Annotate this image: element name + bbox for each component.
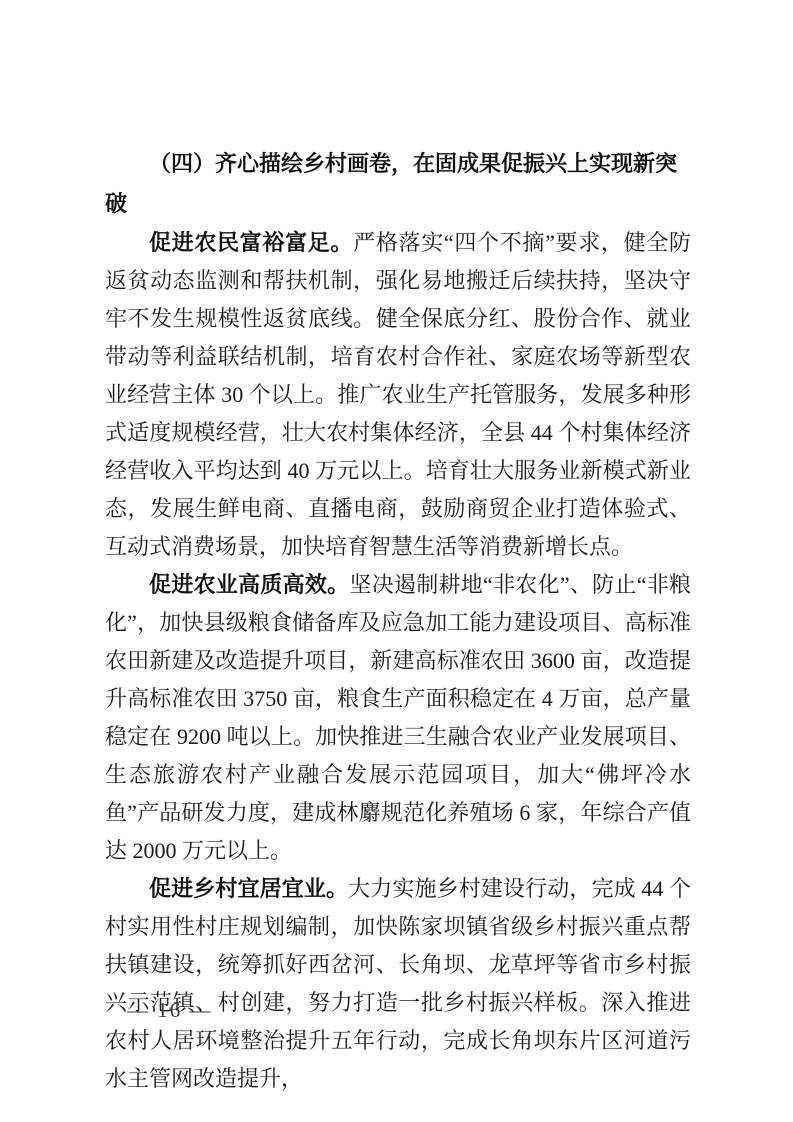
document-body: （四）齐心描绘乡村画卷，在固成果促振兴上实现新突破 促进农民富裕富足。严格落实“… <box>105 144 691 1098</box>
paragraph-rural-prosperity: 促进农民富裕富足。严格落实“四个不摘”要求，健全防返贫动态监测和帮扶机制，强化易… <box>105 224 691 566</box>
paragraph-text: 坚决遏制耕地“非农化”、防止“非粮化”，加快县级粮食储备库及应急加工能力建设项目… <box>105 572 691 863</box>
paragraph-agriculture-quality: 促进农业高质高效。坚决遏制耕地“非农化”、防止“非粮化”，加快县级粮食储备库及应… <box>105 566 691 870</box>
paragraph-lead: 促进农业高质高效。 <box>149 572 349 597</box>
paragraph-text: 大力实施乡村建设行动，完成 44 个村实用性村庄规划编制，加快陈家坝镇省级乡村振… <box>105 876 691 1091</box>
paragraph-livable-village: 促进乡村宜居宜业。大力实施乡村建设行动，完成 44 个村实用性村庄规划编制，加快… <box>105 870 691 1098</box>
paragraph-lead: 促进农民富裕富足。 <box>149 230 353 255</box>
paragraph-text: 严格落实“四个不摘”要求，健全防返贫动态监测和帮扶机制，强化易地搬迁后续扶持，坚… <box>105 230 691 559</box>
document-page: （四）齐心描绘乡村画卷，在固成果促振兴上实现新突破 促进农民富裕富足。严格落实“… <box>0 0 793 1122</box>
paragraph-lead: 促进乡村宜居宜业。 <box>149 876 348 901</box>
page-number: — 16 — <box>127 998 213 1022</box>
section-heading: （四）齐心描绘乡村画卷，在固成果促振兴上实现新突破 <box>105 144 691 224</box>
